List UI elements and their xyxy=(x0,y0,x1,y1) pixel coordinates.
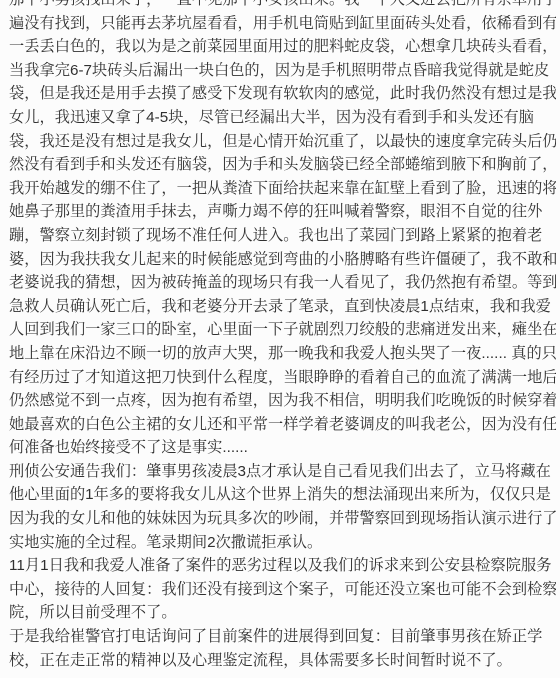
text-line: 遍没有找到，只能再去茅坑屋看看，用手机电筒贴到缸里面砖头处看，依稀看到有 xyxy=(9,12,556,36)
text-line: 我开始越发的绷不住了，一把从粪渣下面给扶起来靠在缸壁上看到了脸，迅速的将 xyxy=(9,177,556,201)
text-line: 于是我给崔警官打电话询问了目前案件的进展得到回复：目前肇事男孩在矫正学 xyxy=(9,625,556,649)
text-line: 她最喜欢的白色公主裙的女儿还和平常一样学着老婆调皮的叫我老公，因为没有任 xyxy=(9,413,556,437)
text-line: 仍然感觉不到一点疼，因为抱有希望，因为我不相信，明明我们吃晚饭的时候穿着 xyxy=(9,389,556,413)
text-line: 袋，但是我还是用手去摸了感受下发现有软软肉的感觉，此时我仍然没有想过是我 xyxy=(9,82,556,106)
text-line: 有经历过了才知道这把刀快到什么程度，当眼睁睁的看着自己的血流了满满一地后 xyxy=(9,366,556,390)
text-line: 她鼻子那里的粪渣用手抹去，声嘶力竭不停的狂叫喊着警察，眼泪不自觉的往外 xyxy=(9,200,556,224)
text-line: 蹦，警察立刻封锁了现场不准任何人进入。我也出了菜园门到路上紧紧的抱着老 xyxy=(9,224,556,248)
text-line: 中心，接待的人回复：我们还没有接到这个案子，可能还没立案也可能不会到检察 xyxy=(9,578,556,602)
text-line: 因为我的女儿和他的妹妹因为玩具多次的吵闹，并带警察回到现场指认演示进行了 xyxy=(9,507,556,531)
text-line: 那个小男孩拽出来了，一直不见那个小女孩出来。我一个人又进去把所有杂草用手扒了一 xyxy=(9,0,556,12)
text-line: 袋，我还是没有想过是我女儿，但是心情开始沉重了，以最快的速度拿完砖头后仍 xyxy=(9,130,556,154)
text-line: 然没有看到手和头发还有脑袋，因为手和头发脑袋已经全部蜷缩到腋下和胸前了， xyxy=(9,153,556,177)
text-line: 婆，因为我扶我女儿起来的时候能感觉到弯曲的小胳膊略有些许僵硬了，我不敢和 xyxy=(9,248,556,272)
text-line: 刑侦公安通告我们：肇事男孩凌晨3点才承认是自己看见我们出去了，立马将藏在 xyxy=(9,460,556,484)
text-line: 地上靠在床沿边不顾一切的放声大哭，那一晚我和我爱人抱头哭了一夜...... 真的… xyxy=(9,342,556,366)
text-line: 何准备也始终接受不了这是事实...... xyxy=(9,436,556,460)
text-line: 当我拿完6-7块砖头后漏出一块白色的，因为是手机照明带点昏暗我觉得就是蛇皮 xyxy=(9,59,556,83)
text-line: 11月1日我和我爱人准备了案件的恶劣过程以及我们的诉求来到公安县检察院服务 xyxy=(9,554,556,578)
text-line: 校，正在走正常的精神以及心理鉴定流程，具体需要多长时间暂时说不了。 xyxy=(9,649,556,673)
text-line: 女儿，我迅速又拿了4-5块，尽管已经漏出大半，因为没有看到手和头发还有脑 xyxy=(9,106,556,130)
text-line: 急救人员确认死亡后，我和老婆分开去录了笔录，直到快凌晨1点结束，我和我爱 xyxy=(9,295,556,319)
text-line: 人回到我们一家三口的卧室，心里面一下子就剧烈刀绞般的悲痛迸发出来，瘫坐在 xyxy=(9,318,556,342)
text-line: 他心里面的1年多的要将我女儿从这个世界上消失的想法涌现出来所为，仅仅只是 xyxy=(9,483,556,507)
text-line: 老婆说我的猜想，因为被砖掩盖的现场只有我一人看见了，我仍然抱有希望。等到 xyxy=(9,271,556,295)
text-line: 一丢丢白色的，我以为是之前菜园里面用过的肥料蛇皮袋，心想拿几块砖头看看， xyxy=(9,35,556,59)
article-text: 那个小男孩拽出来了，一直不见那个小女孩出来。我一个人又进去把所有杂草用手扒了一 … xyxy=(0,0,560,672)
text-line: 院，所以目前受理不了。 xyxy=(9,601,556,625)
text-line: 实地实施的全过程。笔录期间2次撒谎拒承认。 xyxy=(9,531,556,555)
